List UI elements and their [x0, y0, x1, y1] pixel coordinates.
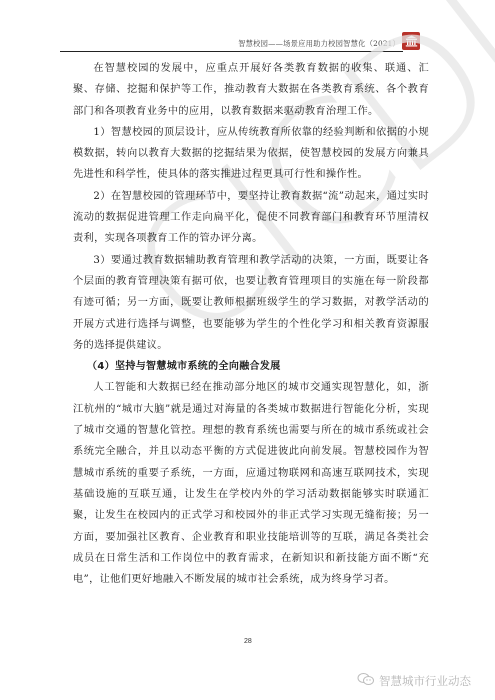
- section-heading: （4）坚持与智慧城市系统的全向融合发展: [73, 356, 429, 377]
- paragraph: 1）智慧校园的顶层设计，应从传统教育所依靠的经验判断和依据的小规模数据，转向以教…: [73, 122, 429, 186]
- header-divider: [60, 51, 403, 52]
- page-number: 28: [244, 638, 252, 645]
- paragraph: 3）要通过教育数据辅助教育管理和教学活动的决策，一方面，既要让各个层面的教育管理…: [73, 250, 429, 356]
- source-attribution: 智慧城市行业动态: [357, 672, 471, 689]
- page-header: 智慧校园——场景应用助力校园智慧化（2021）: [60, 30, 400, 52]
- paragraph: 在智慧校园的发展中，应重点开展好各类教育数据的收集、联通、汇聚、存储、挖掘和保护…: [73, 58, 429, 122]
- document-body: 在智慧校园的发展中，应重点开展好各类教育数据的收集、联通、汇聚、存储、挖掘和保护…: [73, 58, 429, 590]
- wechat-icon: [357, 672, 375, 689]
- source-label: 智慧城市行业动态: [379, 673, 471, 689]
- header-title: 智慧校园——场景应用助力校园智慧化（2021）: [238, 39, 400, 49]
- institution-building-icon: [402, 32, 420, 50]
- paragraph: 2）在智慧校园的管理环节中，要坚持让教育数据“流”动起来，通过实时流动的数据促进…: [73, 186, 429, 250]
- paragraph: 人工智能和大数据已经在推动部分地区的城市交通实现智慧化，如，浙江杭州的“城市大脑…: [73, 377, 429, 590]
